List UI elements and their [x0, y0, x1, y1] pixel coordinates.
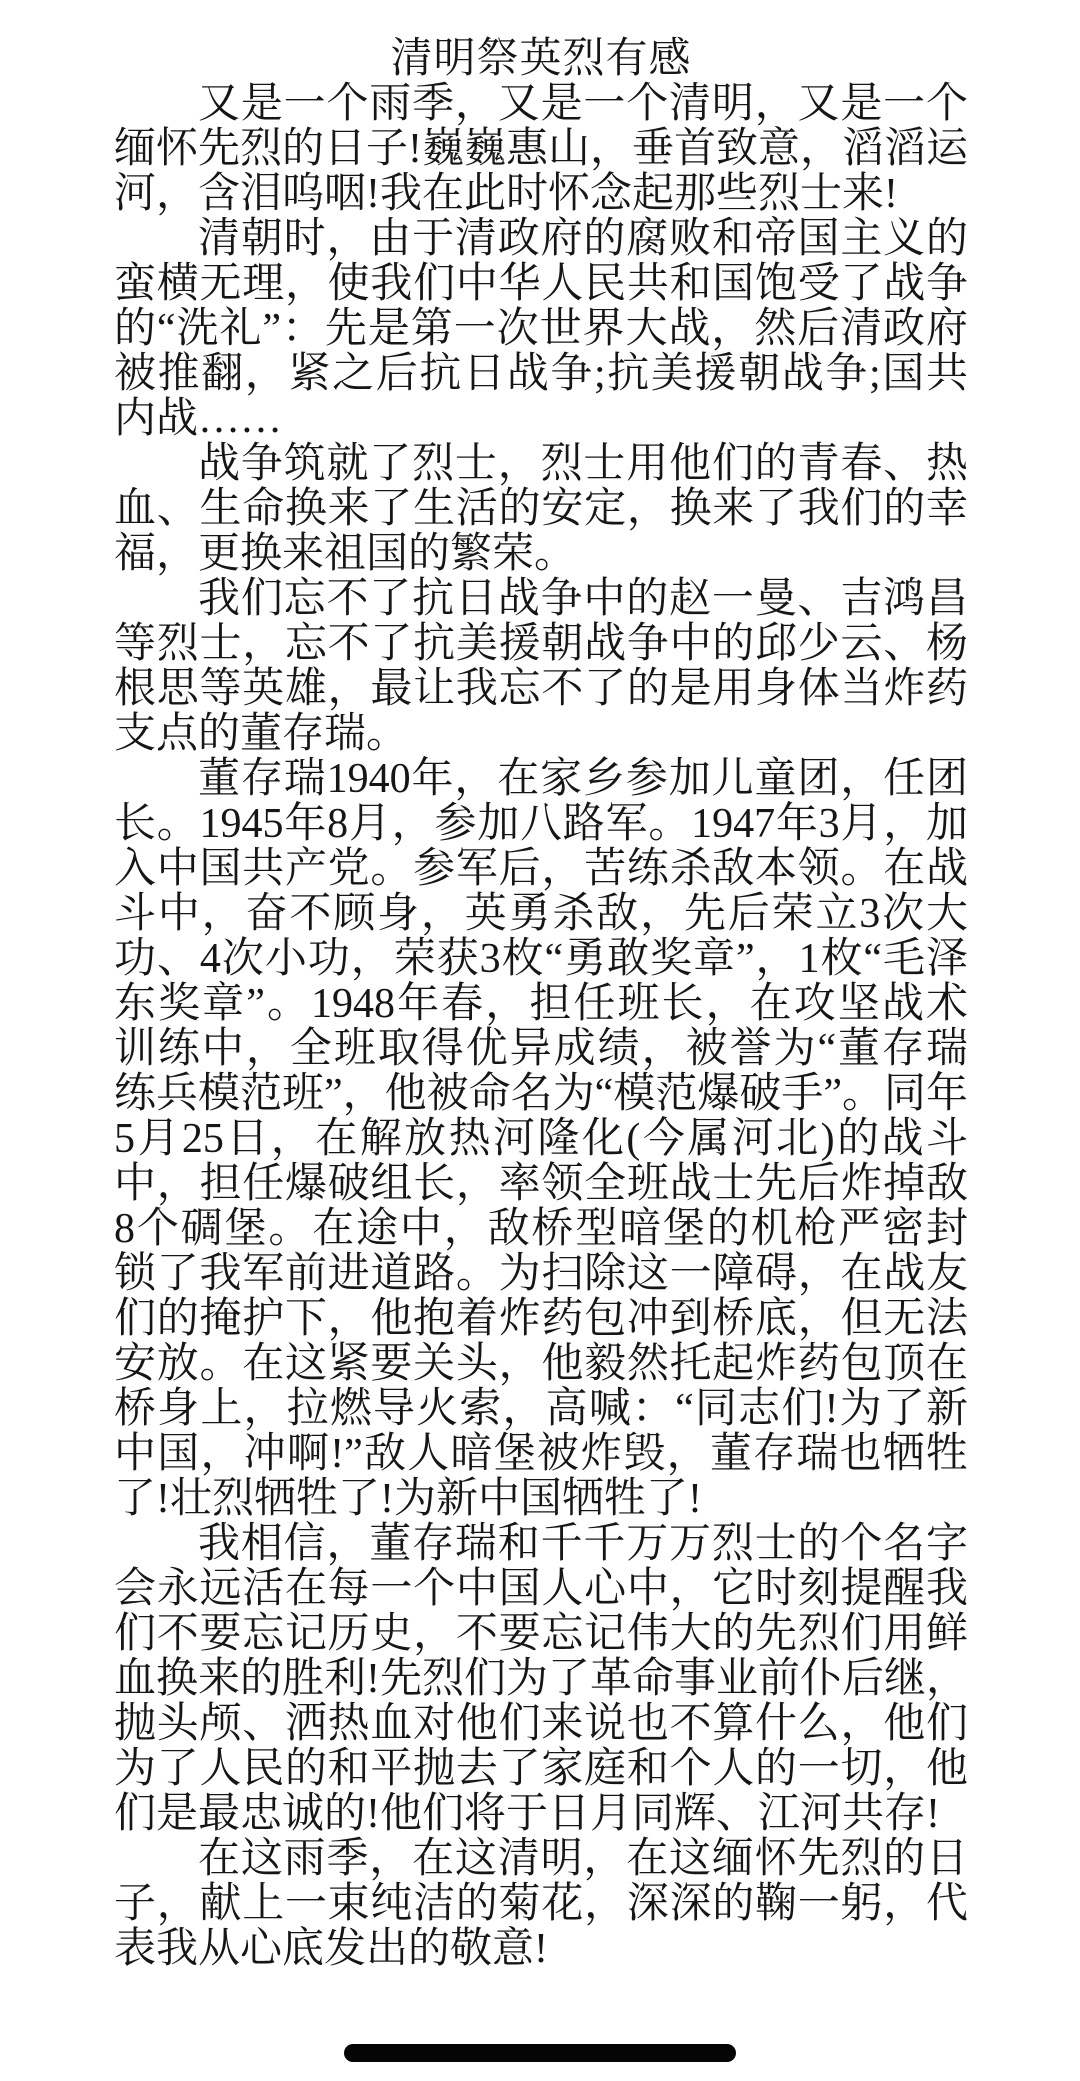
home-indicator-bar[interactable] [344, 2044, 736, 2062]
paragraph: 我相信，董存瑞和千千万万烈士的个名字会永远活在每一个中国人心中，它时刻提醒我们不… [114, 1522, 968, 1837]
paragraph: 又是一个雨季，又是一个清明，又是一个缅怀先烈的日子!巍巍惠山，垂首致意，滔滔运河… [114, 82, 968, 217]
paragraph: 战争筑就了烈士，烈士用他们的青春、热血、生命换来了生活的安定，换来了我们的幸福，… [114, 442, 968, 577]
paragraph: 清朝时，由于清政府的腐败和帝国主义的蛮横无理，使我们中华人民共和国饱受了战争的“… [114, 217, 968, 442]
document-title: 清明祭英烈有感 [114, 36, 968, 82]
paragraph: 我们忘不了抗日战争中的赵一曼、吉鸿昌等烈士，忘不了抗美援朝战争中的邱少云、杨根思… [114, 577, 968, 757]
document-page: 清明祭英烈有感 又是一个雨季，又是一个清明，又是一个缅怀先烈的日子!巍巍惠山，垂… [0, 0, 1080, 1972]
paragraph: 董存瑞1940年，在家乡参加儿童团，任团长。1945年8月，参加八路军。1947… [114, 757, 968, 1522]
paragraph: 在这雨季，在这清明，在这缅怀先烈的日子，献上一束纯洁的菊花，深深的鞠一躬，代表我… [114, 1837, 968, 1972]
document-body: 又是一个雨季，又是一个清明，又是一个缅怀先烈的日子!巍巍惠山，垂首致意，滔滔运河… [114, 82, 968, 1972]
